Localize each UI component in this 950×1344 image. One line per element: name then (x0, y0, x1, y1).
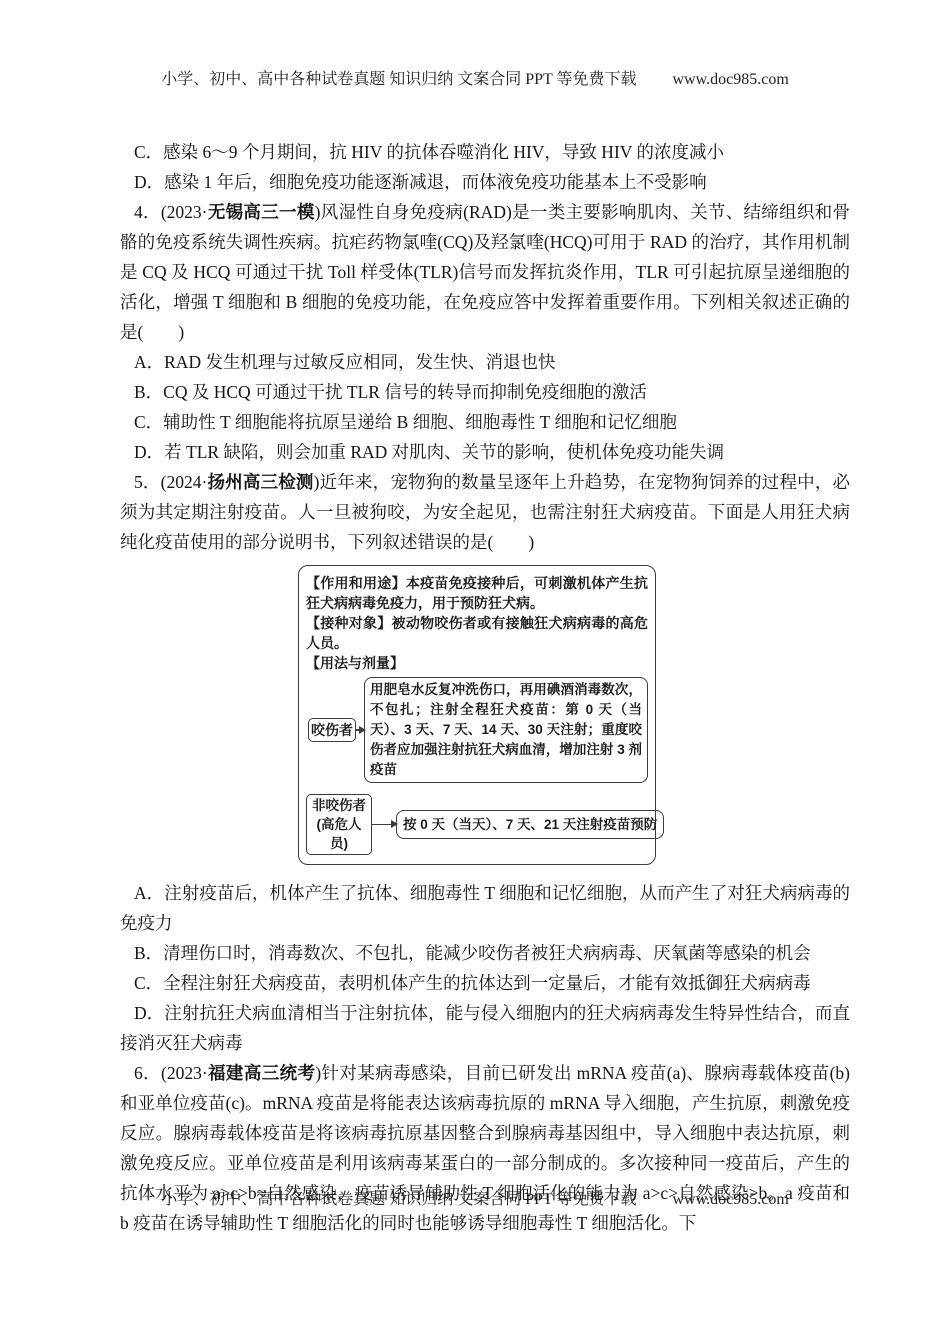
question-4-option-d: D．若 TLR 缺陷，则会加重 RAD 对肌肉、关节的影响，使机体免疫功能失调 (120, 437, 850, 467)
manual-row-bitten: 咬伤者 用肥皂水反复冲洗伤口，再用碘酒消毒数次，不包扎；注射全程狂犬疫苗：第 0… (306, 677, 648, 783)
question-4-stem: 4．(2023·无锡高三一模)风湿性自身免疫病(RAD)是一类主要影响肌肉、关节… (120, 197, 850, 347)
bitten-person-detail-box: 用肥皂水反复冲洗伤口，再用碘酒消毒数次，不包扎；注射全程狂犬疫苗：第 0 天（当… (364, 677, 648, 783)
question-5-number: 5．(2024· (134, 472, 207, 492)
exam-paper-page: 小学、初中、高中各种试卷真题 知识归纳 文案合同 PPT 等免费下载www.do… (0, 0, 950, 1344)
question-4-text: )风湿性自身免疫病(RAD)是一类主要影响肌肉、关节、结缔组织和骨骼的免疫系统失… (120, 202, 850, 342)
not-bitten-label-line2: (高危人员) (309, 815, 369, 853)
question-6-number: 6．(2023· (134, 1063, 208, 1083)
question-4-option-a: A．RAD 发生机理与过敏反应相同，发生快、消退也快 (120, 347, 850, 377)
question-5-option-d: D．注射抗狂犬病血清相当于注射抗体，能与侵入细胞内的狂犬病病毒发生特异性结合，而… (120, 998, 850, 1058)
question-4-source-tag: 无锡高三一模 (208, 202, 315, 222)
page-footer: 小学、初中、高中各种试卷真题 知识归纳 文案合同 PPT 等免费下载www.do… (0, 1186, 950, 1209)
footer-url-link[interactable]: www.doc985.com (673, 1191, 789, 1208)
question-5-stem: 5．(2024·扬州高三检测)近年来，宠物狗的数量呈逐年上升趋势，在宠物狗饲养的… (120, 467, 850, 557)
vaccine-manual-box: 【作用和用途】本疫苗免疫接种后，可刺激机体产生抗狂犬病病毒免疫力，用于预防狂犬病… (298, 565, 656, 865)
question-5-option-b: B．清理伤口时，消毒数次、不包扎，能减少咬伤者被狂犬病病毒、厌氧菌等感染的机会 (120, 938, 850, 968)
question-6-source-tag: 福建高三统考 (208, 1063, 316, 1083)
manual-row-not-bitten: 非咬伤者 (高危人员) 按 0 天（当天）、7 天、21 天注射疫苗预防 (306, 794, 648, 855)
question-4-number: 4．(2023· (134, 202, 208, 222)
not-bitten-person-detail-box: 按 0 天（当天）、7 天、21 天注射疫苗预防 (396, 810, 664, 839)
manual-section-usage: 【作用和用途】本疫苗免疫接种后，可刺激机体产生抗狂犬病病毒免疫力，用于预防狂犬病… (306, 573, 648, 613)
question-5-source-tag: 扬州高三检测 (207, 472, 313, 492)
question-3-option-d: D．感染 1 年后，细胞免疫功能逐渐减退，而体液免疫功能基本上不受影响 (120, 167, 850, 197)
header-url-link[interactable]: www.doc985.com (673, 71, 789, 88)
question-5-option-c: C．全程注射狂犬病疫苗，表明机体产生的抗体达到一定量后，才能有效抵御狂犬病病毒 (120, 968, 850, 998)
manual-section-dosage-label: 【用法与剂量】 (306, 655, 404, 671)
page-header: 小学、初中、高中各种试卷真题 知识归纳 文案合同 PPT 等免费下载www.do… (0, 66, 950, 89)
question-4-option-b: B．CQ 及 HCQ 可通过干扰 TLR 信号的转导而抑制免疫细胞的激活 (120, 377, 850, 407)
question-5-option-a: A．注射疫苗后，机体产生了抗体、细胞毒性 T 细胞和记忆细胞，从而产生了对狂犬病… (120, 878, 850, 938)
manual-section-target-label: 【接种对象】 (306, 615, 392, 631)
not-bitten-person-label-box: 非咬伤者 (高危人员) (306, 794, 372, 855)
question-4-option-c: C．辅助性 T 细胞能将抗原呈递给 B 细胞、细胞毒性 T 细胞和记忆细胞 (120, 407, 850, 437)
arrow-right-icon (356, 729, 364, 731)
document-content: C．感染 6～9 个月期间，抗 HIV 的抗体吞噬消化 HIV，导致 HIV 的… (120, 137, 850, 1238)
header-promo-text: 小学、初中、高中各种试卷真题 知识归纳 文案合同 PPT 等免费下载 (161, 71, 636, 88)
arrow-right-icon (372, 824, 396, 826)
footer-promo-text: 小学、初中、高中各种试卷真题 知识归纳 文案合同 PPT 等免费下载 (161, 1191, 636, 1208)
manual-section-dosage: 【用法与剂量】 (306, 653, 648, 673)
not-bitten-label-line1: 非咬伤者 (309, 796, 369, 815)
question-6-stem: 6．(2023·福建高三统考)针对某病毒感染，目前已研发出 mRNA 疫苗(a)… (120, 1058, 850, 1238)
manual-section-target: 【接种对象】被动物咬伤者或有接触狂犬病病毒的高危人员。 (306, 613, 648, 653)
question-3-option-c: C．感染 6～9 个月期间，抗 HIV 的抗体吞噬消化 HIV，导致 HIV 的… (120, 137, 850, 167)
bitten-person-label-box: 咬伤者 (308, 718, 356, 742)
manual-section-usage-label: 【作用和用途】 (306, 575, 406, 591)
